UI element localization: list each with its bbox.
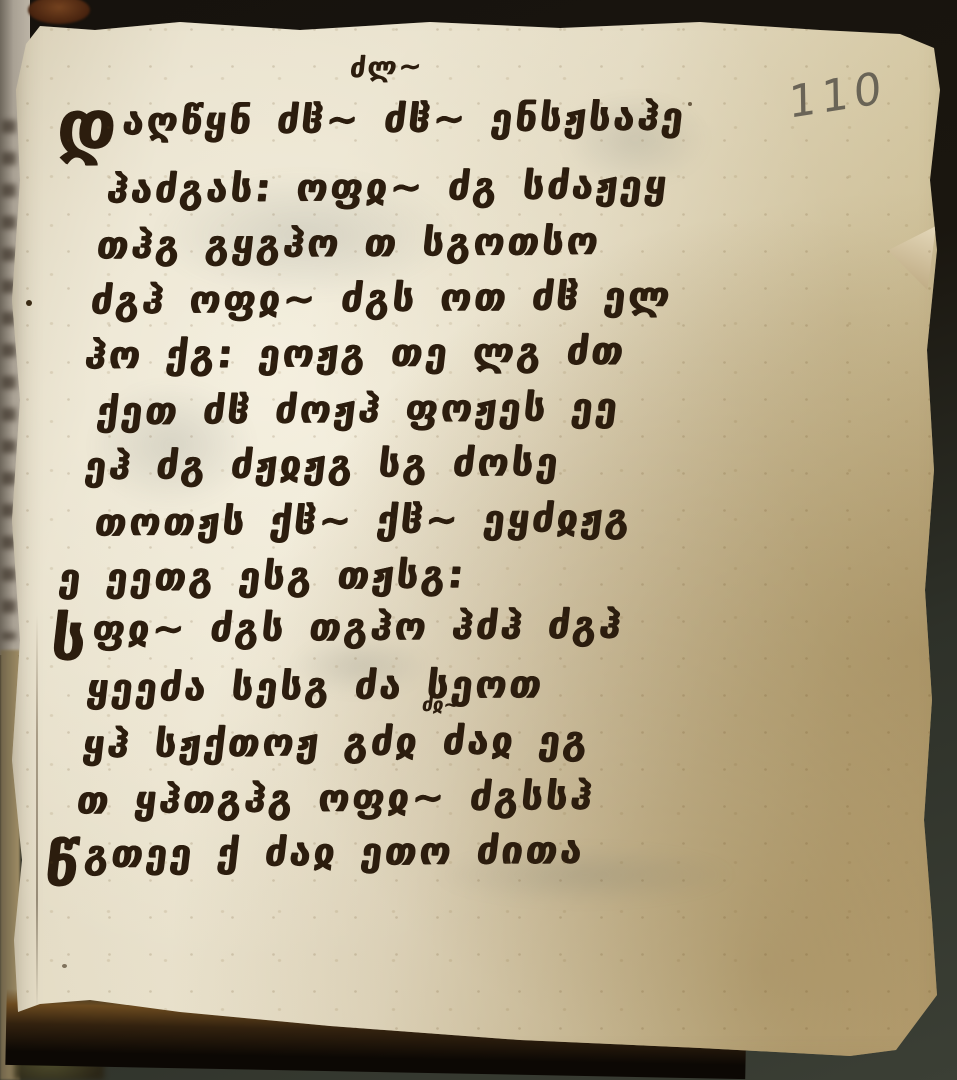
ink-showthrough-stain [86,380,256,510]
line-text: აღწყნ ძჱ~ ძჱ~ ენსჟსაჰე [120,94,688,143]
parchment-page: 110 ძლ~ დაღწყნ ძჱ~ ძჱ~ ენსჟსაჰე ჰაძგას: … [0,0,957,1080]
initial-letter [89,209,98,291]
parchment-tear-flap [888,226,936,290]
initial-letter [83,264,92,346]
initial-letter [79,651,88,733]
ink-showthrough-stain [560,92,710,187]
text-line: სფჲ~ ძგს თგჰო ჰძჰ ძგჰ [49,606,625,657]
folio-number: 110 [788,62,887,129]
initial-letter: დ [53,85,124,168]
manuscript-photo: 110 ძლ~ დაღწყნ ძჱ~ ძჱ~ ენსჟსაჰე ჰაძგას: … [0,0,957,1080]
initial-letter [69,764,78,846]
line-text: ეჰ ძგ ძჟჲჟგ სგ ძოსე [83,440,563,488]
initial-letter [51,541,60,623]
initial-letter [75,708,84,790]
initial-letter [89,375,98,457]
text-line: დაღწყნ ძჱ~ ძჱ~ ენსჟსაჰე [55,97,688,146]
initial-letter: ს [47,604,93,674]
line-text: ძგჰ ოფჲ~ ძგს ოთ ძჱ ელ [88,273,674,322]
text-line: ყეეძა სესგ ძა სეოთ [81,665,546,712]
line-text: გთეე ქ ძაჲ ეთო ძითა [82,828,587,876]
initial-letter: წ [41,830,85,899]
text-line: ჰო ქგ: ეოჟგ თე ლგ ძთ [79,332,628,380]
ink-speck [62,964,67,968]
ink-showthrough-stain [150,170,460,300]
text-line: თ ყჰთგჰგ ოფჲ~ ძგსსჰ [71,777,597,825]
text-line: ძგჰ ოფჲ~ ძგს ოთ ძჱ ელ [85,276,674,324]
initial-letter [87,486,96,568]
ink-showthrough-stain [290,636,430,696]
ink-speck [26,300,32,306]
initial-letter [99,153,108,235]
binding-thread-tuft [28,0,90,24]
heading-abbreviation-mark: ძლ~ [348,51,425,85]
text-line: თჰგ გყგჰო თ სგოთსო [91,222,603,270]
initial-letter [77,430,86,512]
initial-letter [77,319,86,401]
line-text: ყჰ სჟქთოჟ გძჲ ძაჲ ეგ [81,718,593,766]
text-line: ე ეეთგ ესგ თჟსგ: [53,555,468,602]
text-line: წგთეე ქ ძაჲ ეთო ძითა [43,831,587,882]
line-text: თ ყჰთგჰგ ოფჲ~ ძგსსჰ [75,774,598,823]
line-text: ე ეეთგ ესგ თჟსგ: [57,552,469,600]
line-text: ჰო ქგ: ეოჟგ თე ლგ ძთ [83,329,629,378]
text-line: ქეთ ძჱ ძოჟჰ ფოჟეს ეე [91,388,622,436]
line-text: ყეეძა სესგ ძა სეოთ [85,662,547,710]
line-text: ქეთ ძჱ ძოჟჰ ფოჟეს ეე [95,385,623,434]
text-line: თოთჟს ქჱ~ ქჱ~ ეყძჲჟგ [89,499,634,547]
line-text: ფჲ~ ძგს თგჰო ჰძჰ ძგჰ [90,603,626,652]
line-text: თჰგ გყგჰო თ სგოთსო [95,219,604,267]
ink-speck [688,102,692,106]
interlinear-correction: ძჲ~ [420,694,460,716]
line-text: თოთჟს ქჱ~ ქჱ~ ეყძჲჟგ [93,496,635,545]
text-line: ეჰ ძგ ძჟჲჟგ სგ ძოსე [79,443,562,490]
line-text: ჰაძგას: ოფჲ~ ძგ სძაჟეყ [104,163,671,212]
text-line: ჰაძგას: ოფჲ~ ძგ სძაჟეყ [101,166,671,214]
parchment-crease [36,615,38,1010]
ink-showthrough-stain [430,845,740,905]
text-line: ყჰ სჟქთოჟ გძჲ ძაჲ ეგ [77,721,592,769]
